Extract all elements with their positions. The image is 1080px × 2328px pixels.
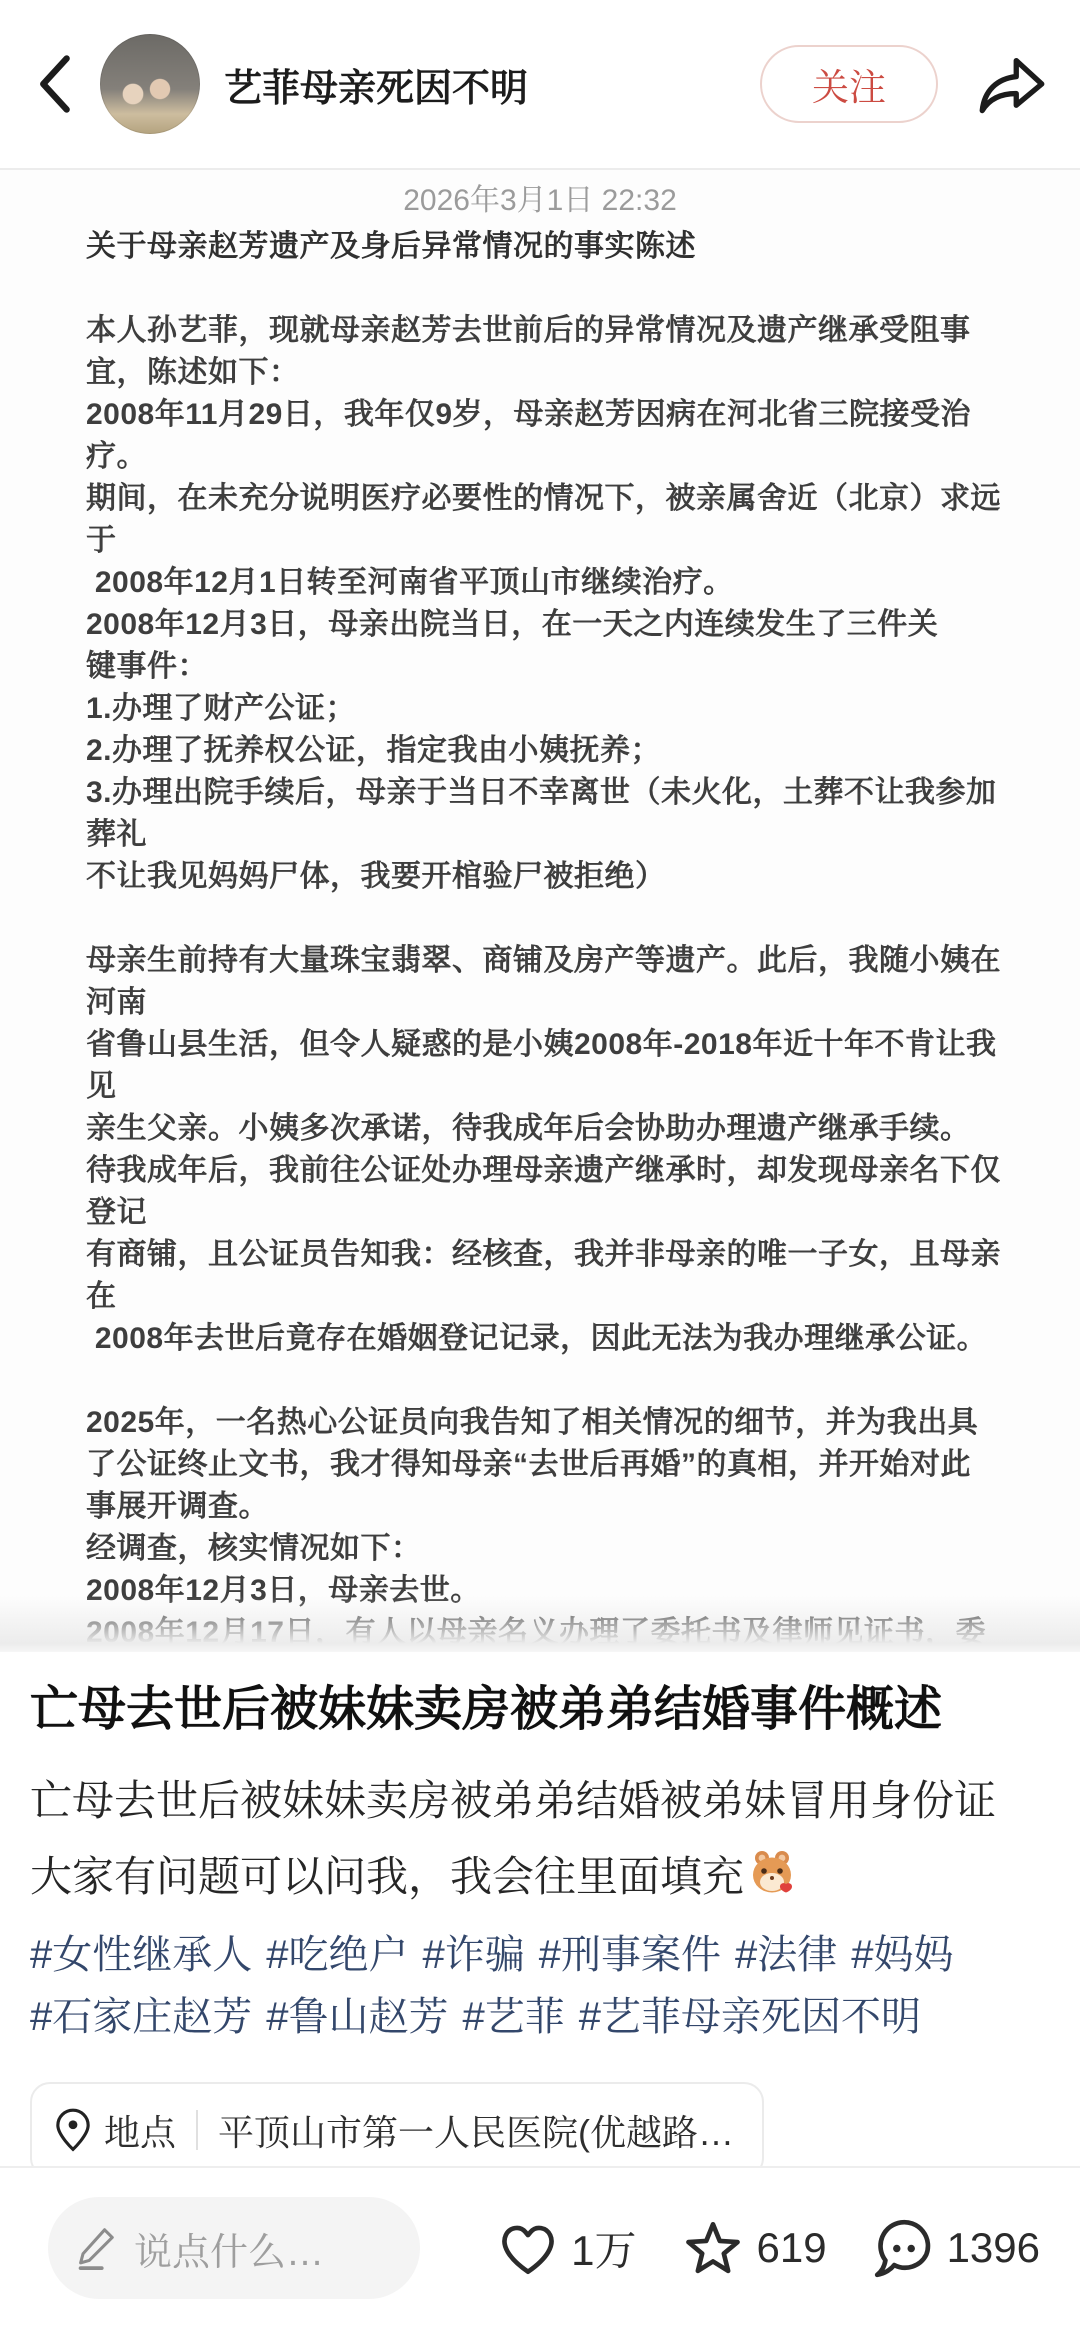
share-button[interactable] — [974, 46, 1050, 122]
statement-line: 2025年，一名热心公证员向我告知了相关情况的细节，并为我出具 — [86, 1402, 1010, 1444]
note-content: 亡母去世后被妹妹卖房被弟弟结婚事件概述 亡母去世后被妹妹卖房被弟弟结婚被弟妹冒用… — [0, 1652, 1080, 2178]
engagement-actions: 1万 619 1396 — [495, 2215, 1040, 2281]
statement-line: 了公证终止文书，我才得知母亲“去世后再婚”的真相，并开始对此 — [86, 1444, 1010, 1486]
location-value: 平顶山市第一人民医院(优越路… — [218, 2105, 734, 2156]
hashtag[interactable]: #吃绝户 — [266, 1924, 408, 1986]
statement-line: 3.办理出院手续后，母亲于当日不幸离世（未火化，土葬不让我参加葬礼 — [86, 772, 1010, 856]
comment-input[interactable]: 说点什么… — [48, 2197, 420, 2299]
note-ask-line: 大家有问题可以问我，我会往里面填充 — [30, 1846, 1050, 1914]
hashtag[interactable]: #艺菲母亲死因不明 — [579, 1986, 921, 2048]
statement-line: 本人孙艺菲，现就母亲赵芳去世前后的异常情况及遗产继承受阻事 — [86, 310, 1010, 352]
author-avatar[interactable] — [100, 34, 200, 134]
like-button[interactable]: 1万 — [495, 2215, 636, 2281]
note-image-statement[interactable]: 2026年3月1日 22:32 关于母亲赵芳遗产及身后异常情况的事实陈述本人孙艺… — [0, 168, 1080, 1652]
hashtag[interactable]: #法律 — [735, 1924, 837, 1986]
note-body-text: 亡母去世后被妹妹卖房被弟弟结婚被弟妹冒用身份证 — [30, 1770, 1050, 1832]
top-navbar: 艺菲母亲死因不明 关注 — [0, 0, 1080, 168]
hashtag[interactable]: #诈骗 — [423, 1924, 525, 1986]
statement-line: 2008年11月29日，我年仅9岁，母亲赵芳因病在河北省三院接受治疗。 — [86, 394, 1010, 478]
statement-line: 2008年12月3日，母亲去世。 — [86, 1570, 1010, 1612]
statement-text-block: 关于母亲赵芳遗产及身后异常情况的事实陈述本人孙艺菲，现就母亲赵芳去世前后的异常情… — [0, 224, 1080, 1652]
statement-line: 键事件： — [86, 646, 1010, 688]
collect-count: 619 — [756, 2224, 826, 2272]
follow-button[interactable]: 关注 — [760, 45, 938, 123]
statement-line: 母亲生前持有大量珠宝翡翠、商铺及房产等遗产。此后，我随小姨在河南 — [86, 940, 1010, 1024]
back-button[interactable] — [28, 50, 84, 118]
statement-line: 2008年12月17日，有人以母亲名义办理了委托书及律师见证书，委托 — [86, 1612, 1010, 1652]
statement-line — [86, 898, 1010, 940]
pencil-icon — [72, 2223, 118, 2273]
location-pill[interactable]: 地点 平顶山市第一人民医院(优越路… — [30, 2082, 764, 2178]
location-label: 地点 — [104, 2105, 176, 2156]
collect-button[interactable]: 619 — [680, 2215, 826, 2281]
comment-bubble-icon — [871, 2215, 937, 2281]
statement-line: 省鲁山县生活，但令人疑惑的是小姨2008年-2018年近十年不肯让我见 — [86, 1024, 1010, 1108]
statement-line: 期间，在未充分说明医疗必要性的情况下，被亲属舍近（北京）求远于 — [86, 478, 1010, 562]
back-chevron-icon — [30, 50, 82, 118]
star-icon — [680, 2215, 746, 2281]
follow-button-label: 关注 — [812, 57, 886, 111]
note-ask-text: 大家有问题可以问我，我会往里面填充 — [30, 1853, 744, 1900]
bottom-action-bar: 说点什么… 1万 619 1396 — [0, 2166, 1080, 2328]
location-divider — [196, 2110, 198, 2150]
hashtag[interactable]: #石家庄赵芳 — [30, 1986, 252, 2048]
hashtag[interactable]: #女性继承人 — [30, 1924, 252, 1986]
statement-line: 1.办理了财产公证； — [86, 688, 1010, 730]
statement-line: 2008年12月1日转至河南省平顶山市继续治疗。 — [86, 562, 1010, 604]
hashtag-list: #女性继承人#吃绝户#诈骗#刑事案件#法律#妈妈#石家庄赵芳#鲁山赵芳#艺菲#艺… — [30, 1924, 1050, 2048]
comment-button[interactable]: 1396 — [871, 2215, 1040, 2281]
statement-line — [86, 1360, 1010, 1402]
author-name[interactable]: 艺菲母亲死因不明 — [224, 57, 528, 112]
statement-line: 经调查，核实情况如下： — [86, 1528, 1010, 1570]
statement-line: 宜，陈述如下： — [86, 352, 1010, 394]
comment-count: 1396 — [947, 2224, 1040, 2272]
statement-line: 不让我见妈妈尸体，我要开棺验尸被拒绝） — [86, 856, 1010, 898]
statement-line: 有商铺，且公证员告知我：经核查，我并非母亲的唯一子女，且母亲在 — [86, 1234, 1010, 1318]
hashtag[interactable]: #鲁山赵芳 — [266, 1986, 448, 2048]
statement-line: 亲生父亲。小姨多次承诺，待我成年后会协助办理遗产继承手续。 — [86, 1108, 1010, 1150]
location-pin-icon — [54, 2107, 92, 2153]
statement-line: 待我成年后，我前往公证处办理母亲遗产继承时，却发现母亲名下仅登记 — [86, 1150, 1010, 1234]
note-title: 亡母去世后被妹妹卖房被弟弟结婚事件概述 — [30, 1678, 1050, 1742]
hashtag[interactable]: #妈妈 — [851, 1924, 953, 1986]
statement-line: 事展开调查。 — [86, 1486, 1010, 1528]
heart-icon — [495, 2215, 561, 2281]
photo-date-stamp: 2026年3月1日 22:32 — [0, 178, 1080, 224]
hashtag[interactable]: #艺菲 — [463, 1986, 565, 2048]
comment-placeholder: 说点什么… — [134, 2221, 324, 2276]
share-arrow-icon — [978, 50, 1046, 118]
kiss-chipmunk-emoji — [748, 1849, 796, 1914]
like-count: 1万 — [571, 2218, 636, 2278]
hashtag[interactable]: #刑事案件 — [539, 1924, 721, 1986]
statement-line: 2008年12月3日，母亲出院当日，在一天之内连续发生了三件关 — [86, 604, 1010, 646]
statement-line: 2.办理了抚养权公证，指定我由小姨抚养； — [86, 730, 1010, 772]
statement-line — [86, 268, 1010, 310]
statement-line: 2008年去世后竟存在婚姻登记记录，因此无法为我办理继承公证。 — [86, 1318, 1010, 1360]
statement-line: 关于母亲赵芳遗产及身后异常情况的事实陈述 — [86, 226, 1010, 268]
